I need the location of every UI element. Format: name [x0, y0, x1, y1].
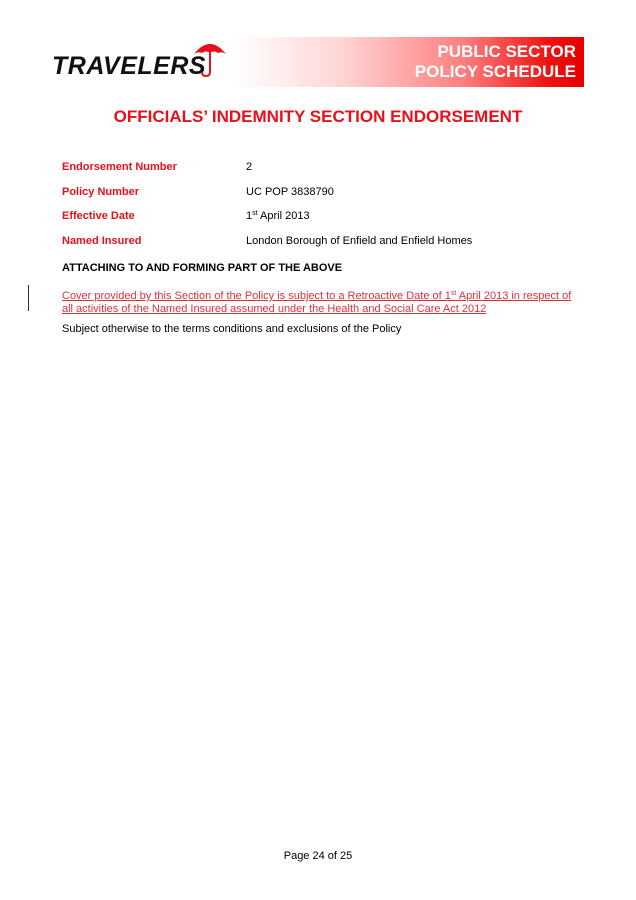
umbrella-icon: [192, 38, 228, 78]
logo-text: TRAVELERS: [52, 52, 206, 81]
field-value: 2: [246, 161, 252, 173]
field-label: Effective Date: [62, 210, 135, 222]
header-banner: PUBLIC SECTOR POLICY SCHEDULE: [235, 37, 584, 87]
attaching-heading: ATTACHING TO AND FORMING PART OF THE ABO…: [62, 262, 342, 274]
field-label: Named Insured: [62, 235, 141, 247]
banner-line-1: PUBLIC SECTOR: [415, 42, 576, 62]
field-value: UC POP 3838790: [246, 186, 334, 198]
field-value: London Borough of Enfield and Enfield Ho…: [246, 235, 472, 247]
field-value: 1st April 2013: [246, 210, 310, 222]
cover-text: Cover provided by this Section of the Po…: [62, 287, 582, 316]
banner-line-2: POLICY SCHEDULE: [415, 62, 576, 82]
subject-text: Subject otherwise to the terms condition…: [62, 323, 401, 335]
page-title: OFFICIALS’ INDEMNITY SECTION ENDORSEMENT: [0, 107, 636, 127]
field-label: Policy Number: [62, 186, 139, 198]
page-number: Page 24 of 25: [0, 850, 636, 862]
field-label: Endorsement Number: [62, 161, 177, 173]
change-bar: [28, 285, 29, 311]
travelers-logo: TRAVELERS: [52, 38, 232, 83]
